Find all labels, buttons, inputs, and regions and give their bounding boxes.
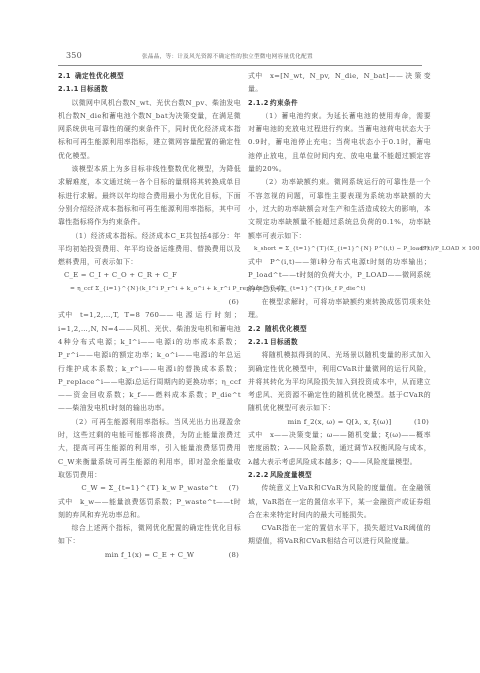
section-title: 目标函数 <box>80 85 108 93</box>
equation-number: (6) <box>229 296 239 309</box>
section-heading-2-2-2: 2.2.2风险度量模型 <box>248 469 431 482</box>
section-title: 随机优化模型 <box>265 325 307 333</box>
paragraph: CVaR指在一定的置信水平下，损失超过VaR阈值的期望值，将VaR和CVaR相结… <box>248 522 431 549</box>
equation-number: (10) <box>414 416 429 429</box>
paragraph: 将随机模拟得到的风、光场景以随机变量的形式加入到确定性优化模型中，利用CVaR计… <box>248 349 431 415</box>
section-title: 目标函数 <box>270 338 298 346</box>
variable-definitions: 式中P^(i,t)——第i种分布式电源t时刻的功率输出；P_load^t——t时… <box>248 256 431 296</box>
definition-text: k_w——能量浪费惩罚系数；P_waste^t——t时刻的弃风和弃光功率总和。 <box>58 498 241 519</box>
paragraph: 以微网中风机台数N_wt、光伏台数N_pv、柴油发电机台数N_die和蓄电池个数… <box>58 97 241 163</box>
equation-6-line-1: C_E = C_I + C_O + C_R + C_F <box>58 269 241 282</box>
definition-text: x——决策变量；ω——随机变量；ξ(ω)——概率密度函数；λ——风险系数，通过调… <box>248 431 431 466</box>
variable-definitions: 式中x=[N_wt, N_pv, N_die, N_bat]——决策变量。 <box>248 70 431 97</box>
definition-label: 式中 <box>58 496 80 509</box>
left-column: 2.1确定性优化模型 2.1.1目标函数 以微网中风机台数N_wt、光伏台数N_… <box>58 70 241 562</box>
definition-text: t=1,2,…,T, T=8 760——电源运行时刻；i=1,2,…,N, N=… <box>58 311 241 412</box>
definition-label: 式中 <box>248 70 270 83</box>
equation-body: min f_1(x) = C_E + C_W <box>105 551 194 559</box>
variable-definitions: 式中t=1,2,…,T, T=8 760——电源运行时刻；i=1,2,…,N, … <box>58 309 241 415</box>
section-number: 2.1 <box>58 70 75 83</box>
equation-10: min f_2(x, ω) = Q[λ, x, ξ(ω)] (10) <box>248 416 431 429</box>
variable-definitions: 式中x——决策变量；ω——随机变量；ξ(ω)——概率密度函数；λ——风险系数，通… <box>248 429 431 469</box>
variable-definitions: 式中k_w——能量浪费惩罚系数；P_waste^t——t时刻的弃风和弃光功率总和… <box>58 496 241 523</box>
equation-6-tag-row: (6) <box>58 296 241 309</box>
definition-label: 式中 <box>58 309 80 322</box>
definition-label: 式中 <box>248 429 270 442</box>
equation-body: min f_2(x, ω) = Q[λ, x, ξ(ω)] <box>288 418 392 426</box>
page-header: 350 张晶晶，等：计及风光资源不确定性的独立型微电网容量优化配置 <box>58 51 422 66</box>
section-heading-2-1-1: 2.1.1目标函数 <box>58 83 241 96</box>
equation-6-line-2: = η_ccf Σ_{i=1}^{N}(k_I^i P_r^i + k_o^i … <box>58 283 241 296</box>
section-number: 2.1.1 <box>58 83 80 96</box>
paragraph: 传统意义上VaR和CVaR为风险的度量值。在金融领域，VaR指在一定的置信水平下… <box>248 482 431 522</box>
paragraph: 该模型本质上为多目标非线性整数优化模型，为降低求解难度，本文通过统一各个目标的量… <box>58 163 241 229</box>
section-title: 风险度量模型 <box>270 471 312 479</box>
definition-label: 式中 <box>248 256 270 269</box>
paragraph: （2）功率缺额约束。微网系统运行的可靠性是一个不容忽视的问题，可靠性主要表现为系… <box>248 176 431 242</box>
equation-8: min f_1(x) = C_E + C_W (8) <box>58 549 241 562</box>
section-number: 2.2.1 <box>248 336 270 349</box>
definition-text: x=[N_wt, N_pv, N_die, N_bat]——决策变量。 <box>248 72 431 93</box>
section-heading-2-2: 2.2随机优化模型 <box>248 323 431 336</box>
equation-9: k_short = Σ_{t=1}^{T}(Σ_{i=1}^{N} P^(i,t… <box>248 243 431 256</box>
equation-number: (9) <box>420 243 429 256</box>
paragraph: （1）经济成本指标。经济成本C_E共包括4部分：年平均初始投资费用、年平均设备运… <box>58 230 241 270</box>
equation-body: C_W = Σ_{t=1}^{T} k_w P_waste^t <box>81 484 217 492</box>
paragraph: （2）可再生能源利用率指标。当风光出力出现盈余时，这些过剩的电能可能都将浪费，为… <box>58 416 241 482</box>
page-number: 350 <box>66 51 82 60</box>
section-number: 2.2 <box>248 323 265 336</box>
paragraph: 在模型求解时，可将功率缺额约束转换成惩罚项来处理。 <box>248 296 431 323</box>
section-number: 2.1.2 <box>248 97 270 110</box>
section-title: 确定性优化模型 <box>75 72 124 80</box>
equation-number: (7) <box>229 482 239 495</box>
running-title: 张晶晶，等：计及风光资源不确定性的独立型微电网容量优化配置 <box>142 52 313 60</box>
equation-number: (8) <box>229 549 239 562</box>
equation-body: k_short = Σ_{t=1}^{T}(Σ_{i=1}^{N} P^(i,t… <box>254 246 480 252</box>
section-title: 约束条件 <box>270 99 298 107</box>
paragraph: 综合上述两个指标，微网优化配置的确定性优化目标如下： <box>58 522 241 549</box>
section-number: 2.2.2 <box>248 469 270 482</box>
section-heading-2-1-2: 2.1.2约束条件 <box>248 97 431 110</box>
equation-7: C_W = Σ_{t=1}^{T} k_w P_waste^t (7) <box>58 482 241 495</box>
paragraph: （1）蓄电池约束。为延长蓄电池的使用寿命，需要对蓄电池的充放电过程进行约束。当蓄… <box>248 110 431 176</box>
section-heading-2-1: 2.1确定性优化模型 <box>58 70 241 83</box>
section-heading-2-2-1: 2.2.1目标函数 <box>248 336 431 349</box>
right-column: 式中x=[N_wt, N_pv, N_die, N_bat]——决策变量。 2.… <box>248 70 431 549</box>
definition-text: P^(i,t)——第i种分布式电源t时刻的功率输出；P_load^t——t时刻的… <box>248 258 431 293</box>
